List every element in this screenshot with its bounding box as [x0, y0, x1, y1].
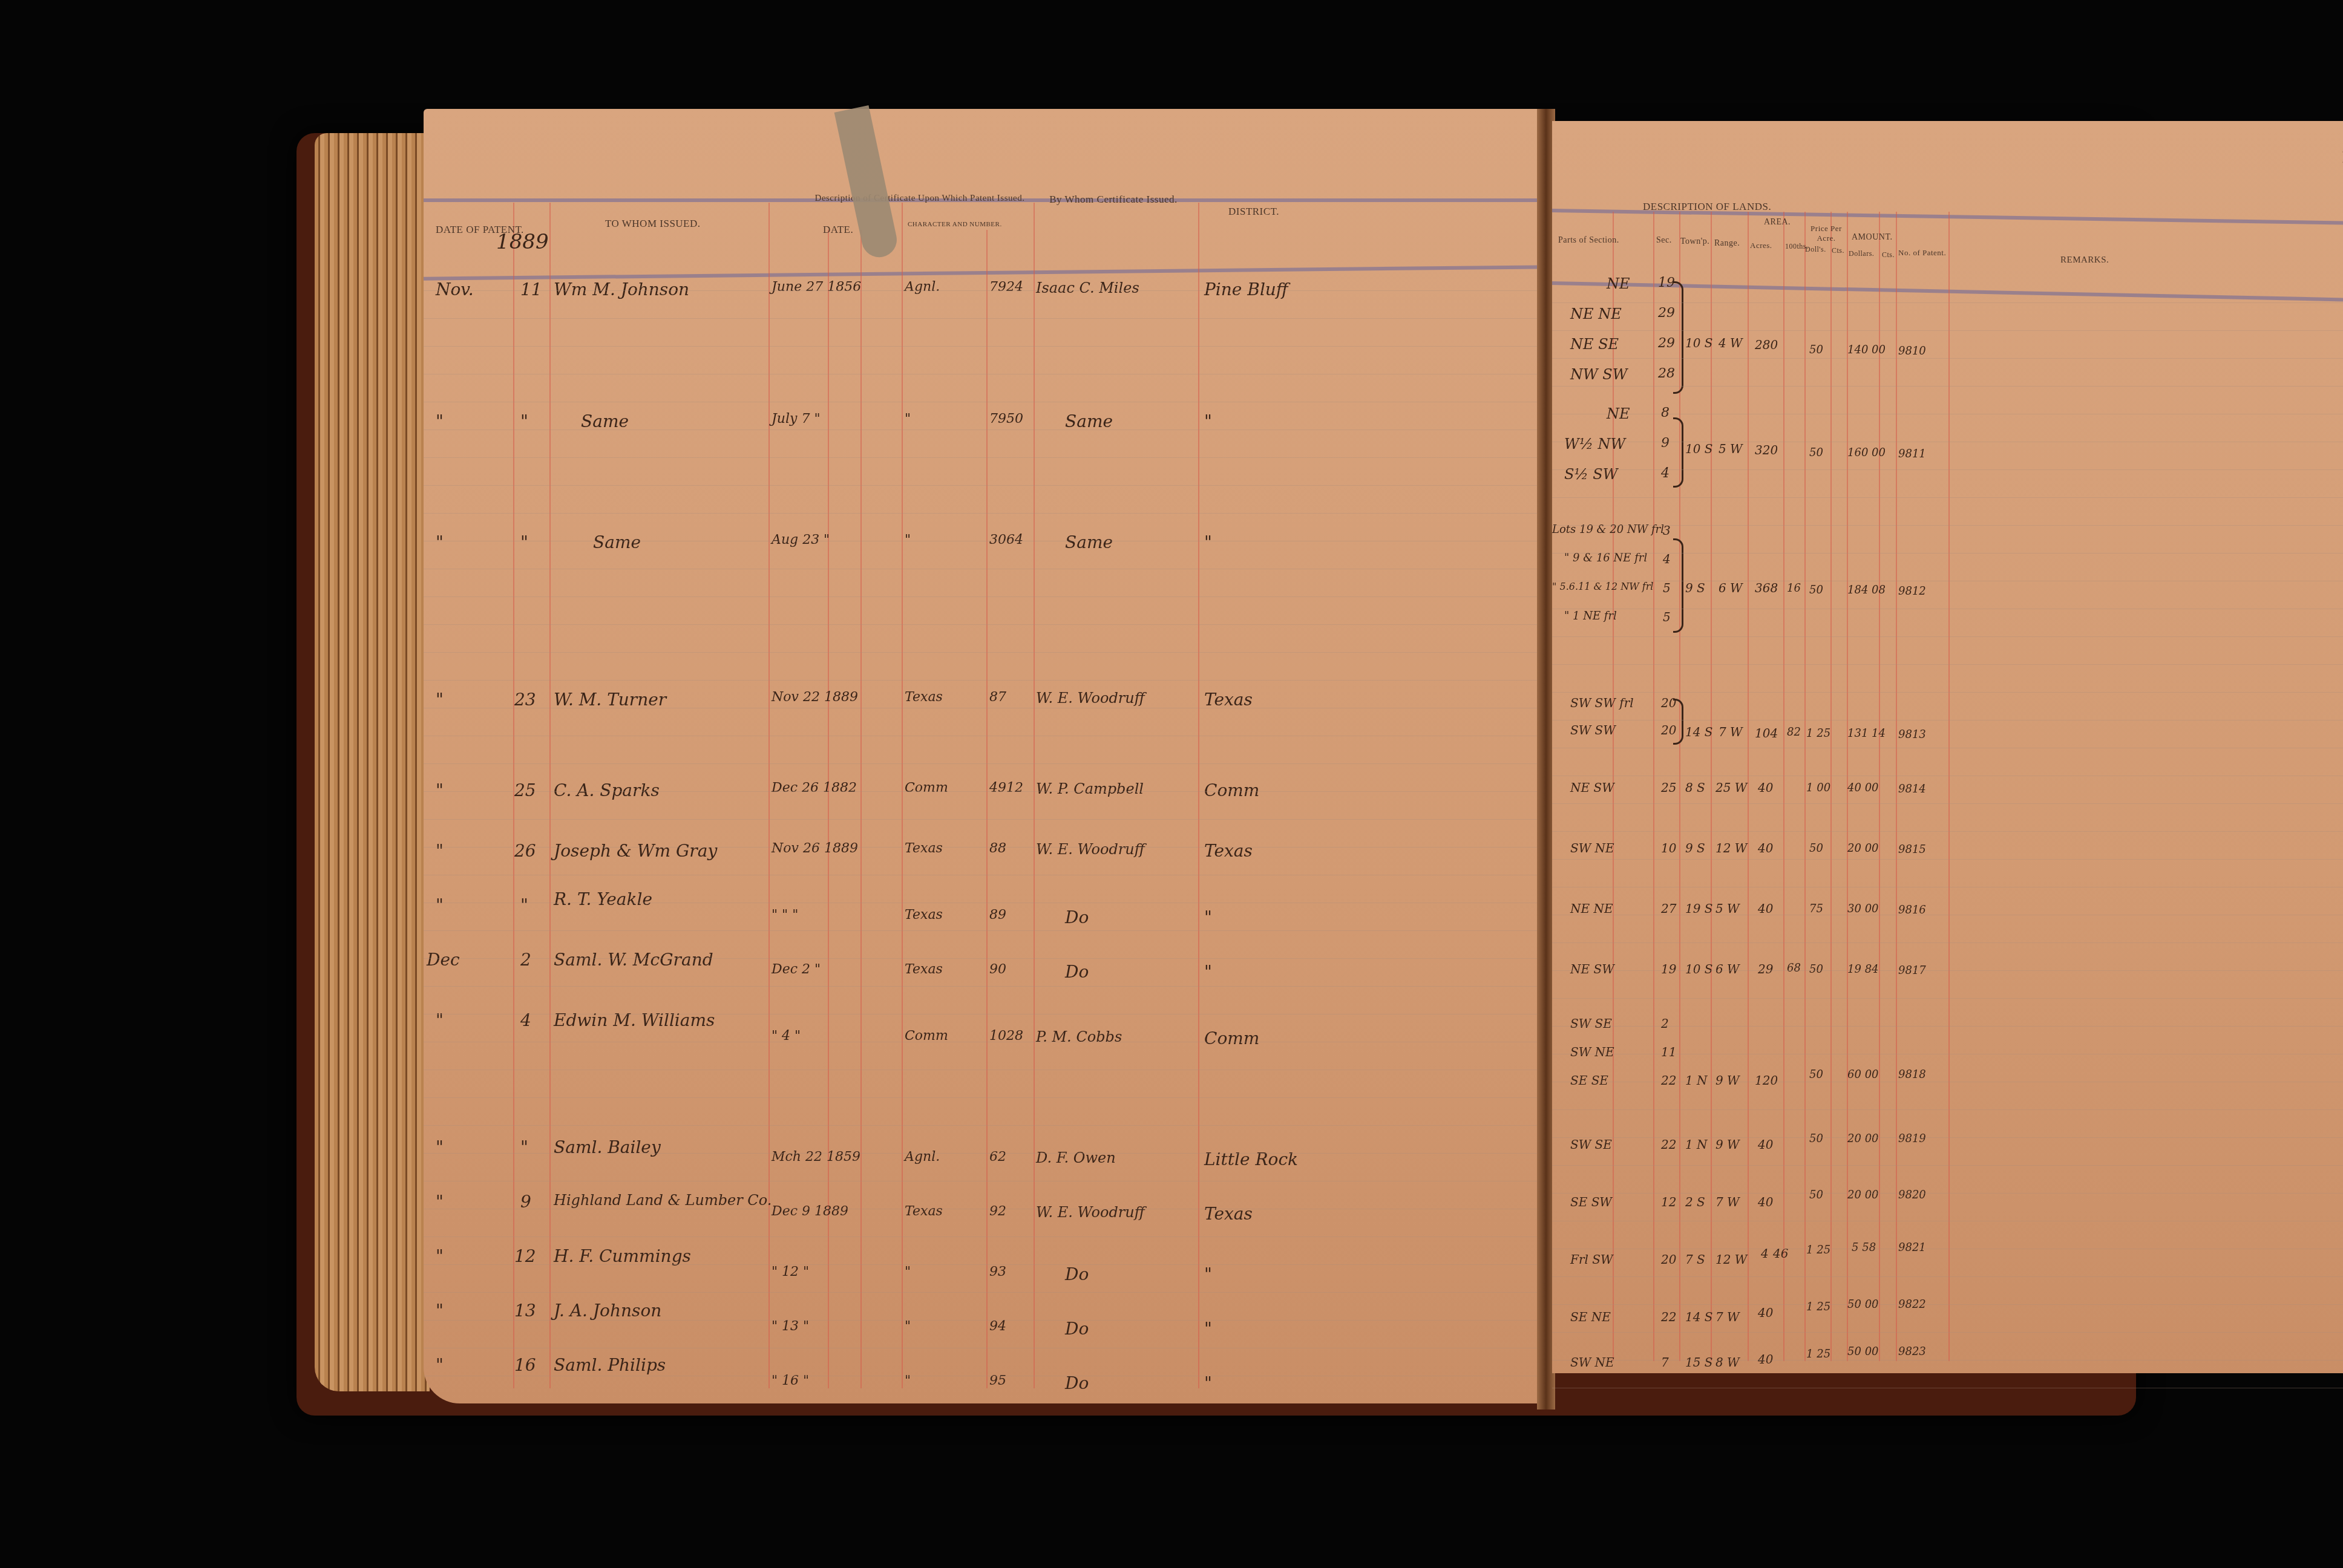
entry-month: " — [436, 1246, 444, 1266]
entry-by-whom: Same — [1065, 532, 1113, 552]
land-sec: 10 — [1661, 841, 1676, 855]
entry-day: 13 — [514, 1301, 536, 1321]
entry-month: " — [436, 895, 444, 915]
ruled-line — [424, 1292, 1543, 1293]
entry-by-whom: Do — [1065, 1319, 1089, 1339]
land-amount: 184 08 — [1847, 584, 1886, 596]
land-part: SW SE — [1570, 1137, 1612, 1152]
ruled-line — [1552, 553, 2343, 554]
land-part: NE SW — [1570, 780, 1614, 795]
land-part: SW NE — [1570, 841, 1614, 855]
entry-name: W. M. Turner — [554, 690, 666, 710]
land-township: 7 S — [1685, 1252, 1705, 1267]
ruled-line — [1552, 1332, 2343, 1333]
entry-by-whom: P. M. Cobbs — [1036, 1028, 1122, 1045]
entry-character: Texas — [905, 690, 943, 705]
ruled-line — [1552, 1249, 2343, 1249]
land-part: NE NE — [1570, 901, 1613, 916]
col-rule — [1711, 212, 1712, 1361]
ruled-line — [424, 318, 1543, 319]
header-by-whom: By Whom Certificate Issued. — [1047, 194, 1180, 206]
land-sec: 22 — [1661, 1137, 1676, 1152]
patent-number: 9820 — [1898, 1189, 1926, 1201]
entry-cert-date: " 13 " — [772, 1319, 809, 1334]
ruled-line — [1552, 1360, 2343, 1361]
land-acres: 368 — [1755, 581, 1778, 595]
land-acres: 40 — [1758, 901, 1773, 916]
entry-name: Joseph & Wm Gray — [554, 841, 717, 861]
brace-icon — [1673, 699, 1683, 745]
patent-year: 1889 — [496, 230, 549, 254]
ruled-line — [1552, 970, 2343, 971]
land-part: SW SW frl — [1570, 696, 1634, 710]
brace-icon — [1673, 417, 1683, 488]
ruled-line — [424, 624, 1543, 625]
entry-number: 7924 — [989, 279, 1023, 295]
land-acres: 280 — [1755, 338, 1778, 352]
land-price: 50 — [1809, 842, 1823, 855]
brace-icon — [1673, 281, 1683, 394]
patent-number: 9819 — [1898, 1132, 1926, 1145]
ruled-line — [424, 346, 1543, 347]
patent-number: 9810 — [1898, 345, 1926, 358]
ruled-line — [424, 791, 1543, 792]
ruled-line — [1552, 720, 2343, 720]
entry-district: Comm — [1204, 1028, 1259, 1048]
land-amount: 20 00 — [1847, 1132, 1879, 1145]
ruled-line — [1552, 525, 2343, 526]
land-sec: 5 — [1663, 610, 1671, 624]
ruled-line — [1552, 692, 2343, 693]
land-acres: 104 — [1755, 726, 1778, 740]
entry-by-whom: Isaac C. Miles — [1036, 279, 1139, 296]
patent-number: 9821 — [1898, 1241, 1926, 1254]
entry-number: 93 — [989, 1264, 1006, 1279]
ruled-line — [424, 457, 1543, 458]
land-township: 9 S — [1685, 841, 1705, 855]
header-dollars: Dollars. — [1849, 249, 1874, 258]
land-sec: 7 — [1661, 1355, 1669, 1370]
entry-district: " — [1204, 907, 1212, 927]
entry-district: " — [1204, 411, 1212, 431]
land-amount: 19 84 — [1847, 963, 1879, 976]
ruled-line — [1552, 803, 2343, 804]
land-amount: 60 00 — [1847, 1068, 1879, 1081]
entry-cert-date: Dec 2 " — [772, 962, 821, 977]
land-township: 15 S — [1685, 1355, 1713, 1370]
entry-district: " — [1204, 532, 1212, 552]
entry-month: Nov. — [436, 279, 474, 299]
entry-by-whom: Do — [1065, 1264, 1089, 1284]
entry-name: Saml. W. McGrand — [554, 950, 713, 970]
ruled-line — [1552, 1082, 2343, 1082]
land-price: 1 25 — [1806, 727, 1830, 740]
entry-cert-date: Aug 23 " — [772, 532, 830, 547]
land-amount: 160 00 — [1847, 446, 1886, 459]
entry-district: " — [1204, 1319, 1212, 1339]
patent-number: 9815 — [1898, 843, 1926, 856]
entry-number: 87 — [989, 690, 1006, 705]
ruled-line — [1552, 831, 2343, 832]
land-township: 1 N — [1685, 1073, 1708, 1088]
ruled-line — [424, 680, 1543, 681]
ruled-line — [424, 513, 1543, 514]
land-township: 2 S — [1685, 1195, 1705, 1209]
entry-character: Texas — [905, 907, 943, 923]
land-price: 1 25 — [1806, 1244, 1830, 1256]
land-amount: 20 00 — [1847, 1189, 1879, 1201]
ruled-line — [424, 374, 1543, 374]
land-price: 50 — [1809, 1189, 1823, 1201]
land-part: SE SW — [1570, 1195, 1612, 1209]
col-rule — [1830, 212, 1832, 1361]
land-sec: 8 — [1661, 405, 1670, 420]
col-rule — [1653, 212, 1654, 1361]
entry-character: Texas — [905, 962, 943, 977]
patent-number: 9823 — [1898, 1345, 1926, 1358]
header-township: Town'p. — [1680, 237, 1709, 247]
ruled-line — [424, 402, 1543, 402]
entry-district: Texas — [1204, 841, 1253, 861]
land-township: 10 S — [1685, 442, 1713, 456]
land-part: W½ NW — [1564, 436, 1625, 452]
ruled-line — [424, 1014, 1543, 1014]
entry-by-whom: Do — [1065, 962, 1089, 982]
ruled-line — [424, 958, 1543, 959]
land-part: NE — [1607, 275, 1630, 292]
ruled-line — [424, 930, 1543, 931]
entry-cert-date: Dec 26 1882 — [772, 780, 857, 795]
entry-day: 23 — [514, 690, 536, 710]
header-no-of-patent: No. of Patent. — [1898, 248, 1946, 258]
ruled-line — [1552, 748, 2343, 748]
header-amount-cts: Cts. — [1882, 250, 1895, 260]
entry-day: 25 — [514, 780, 536, 800]
entry-district: Comm — [1204, 780, 1259, 800]
land-township: 1 N — [1685, 1137, 1708, 1152]
ruled-line — [1552, 442, 2343, 442]
patent-number: 9811 — [1898, 448, 1926, 460]
entry-name: Highland Land & Lumber Co. — [554, 1192, 772, 1209]
land-acres: 40 — [1758, 841, 1773, 855]
land-range: 7 W — [1715, 1310, 1740, 1324]
entry-cert-date: Nov 22 1889 — [772, 690, 858, 705]
col-rule — [1879, 212, 1880, 1361]
entry-name: Wm M. Johnson — [554, 279, 689, 299]
entry-month: " — [436, 690, 444, 710]
entry-number: 7950 — [989, 411, 1023, 426]
land-price: 1 25 — [1806, 1301, 1830, 1313]
land-amount: 30 00 — [1847, 903, 1879, 915]
entry-character: " — [905, 1264, 911, 1279]
entry-character: Agnl. — [905, 1149, 940, 1165]
ruled-line — [1552, 664, 2343, 665]
header-price-cts: Cts. — [1832, 246, 1844, 255]
entry-number: 62 — [989, 1149, 1006, 1165]
entry-by-whom: D. F. Owen — [1036, 1149, 1116, 1166]
entry-number: 94 — [989, 1319, 1006, 1334]
ruled-line — [1552, 1193, 2343, 1194]
land-part: SW NE — [1570, 1045, 1614, 1059]
ruled-line — [1552, 942, 2343, 943]
entry-character: " — [905, 411, 911, 426]
land-part: Frl SW — [1570, 1252, 1613, 1267]
ruled-line — [1552, 302, 2343, 303]
land-sec: 9 — [1661, 436, 1670, 451]
ruled-line — [424, 819, 1543, 820]
col-rule — [1896, 212, 1897, 1361]
header-character-number: CHARACTER AND NUMBER. — [908, 221, 1002, 228]
land-township: 14 S — [1685, 1310, 1713, 1324]
entry-character: " — [905, 532, 911, 547]
land-part: SW SW — [1570, 723, 1616, 737]
land-price: 50 — [1809, 963, 1823, 976]
land-range: 6 W — [1719, 581, 1743, 595]
entry-day: " — [520, 1137, 528, 1157]
entry-name: C. A. Sparks — [554, 780, 660, 800]
entry-name: Saml. Bailey — [554, 1137, 661, 1157]
ruled-line — [424, 1348, 1543, 1348]
header-bottom-rule — [424, 265, 1543, 280]
entry-number: 90 — [989, 962, 1006, 977]
land-price: 50 — [1809, 344, 1823, 356]
land-range: 5 W — [1715, 901, 1740, 916]
ruled-line — [1552, 609, 2343, 609]
ruled-line — [1552, 998, 2343, 999]
left-page[interactable]: DATE OF PATENT. TO WHOM ISSUED. Descript… — [424, 109, 1543, 1403]
land-acres: 120 — [1755, 1073, 1778, 1088]
land-sec: 4 — [1663, 552, 1671, 566]
land-part: SE SE — [1570, 1073, 1608, 1088]
col-rule — [1804, 212, 1806, 1361]
col-rule — [902, 203, 903, 1388]
entry-character: Texas — [905, 1204, 943, 1219]
land-sec: 19 — [1658, 275, 1675, 290]
entry-day: " — [520, 532, 528, 552]
ruled-line — [424, 1236, 1543, 1237]
entry-month: " — [436, 1355, 444, 1375]
land-sec: 12 — [1661, 1195, 1676, 1209]
land-price: 50 — [1809, 1132, 1823, 1145]
header-district: DISTRICT. — [1228, 206, 1279, 218]
col-rule — [860, 230, 862, 1388]
land-amount: 140 00 — [1847, 344, 1886, 356]
col-rule — [1948, 212, 1950, 1361]
ruled-line — [424, 736, 1543, 736]
entry-district: Pine Bluff — [1204, 279, 1288, 299]
entry-number: 88 — [989, 841, 1006, 856]
col-rule — [549, 203, 551, 1388]
ruled-line — [424, 596, 1543, 597]
ruled-line — [424, 485, 1543, 486]
ruled-line — [1552, 414, 2343, 414]
entry-name: Same — [593, 532, 641, 552]
entry-by-whom: W. E. Woodruff — [1036, 1204, 1145, 1221]
land-part: SW SE — [1570, 1016, 1612, 1031]
entry-district: " — [1204, 1264, 1212, 1284]
patent-number: 9812 — [1898, 585, 1926, 598]
ruled-line — [1552, 915, 2343, 915]
entry-by-whom: W. E. Woodruff — [1036, 841, 1145, 858]
land-sec: 4 — [1661, 466, 1670, 481]
ruled-line — [1552, 1388, 2343, 1388]
entry-cert-date: July 7 " — [772, 411, 821, 426]
header-price-per-acre: Price Per Acre. — [1805, 224, 1847, 243]
ruled-line — [424, 652, 1543, 653]
land-acres: 320 — [1755, 443, 1778, 457]
patent-number: 9814 — [1898, 783, 1926, 795]
patent-number: 9818 — [1898, 1068, 1926, 1081]
land-amount: 40 00 — [1847, 782, 1879, 794]
entry-cert-date: June 27 1856 — [772, 279, 861, 295]
entry-day: 16 — [514, 1355, 536, 1375]
header-certificate-description: Description of Certificate Upon Which Pa… — [762, 194, 1077, 204]
entry-day: " — [520, 411, 528, 431]
entry-number: 89 — [989, 907, 1006, 923]
col-rule — [1748, 212, 1749, 1361]
ruled-line — [1552, 1054, 2343, 1054]
ruled-line — [424, 1209, 1543, 1209]
entry-number: 92 — [989, 1204, 1006, 1219]
ruled-line — [424, 1070, 1543, 1070]
entry-name: Saml. Philips — [554, 1355, 666, 1375]
entry-name: Same — [581, 411, 629, 431]
land-sec: 29 — [1658, 336, 1675, 351]
land-sec: 25 — [1661, 780, 1676, 795]
land-part: " 5.6.11 & 12 NW frl — [1552, 581, 1653, 592]
land-sec: 28 — [1658, 366, 1675, 381]
land-price: 50 — [1809, 584, 1823, 596]
land-price: 50 — [1809, 1068, 1823, 1081]
land-amount: 131 14 — [1847, 727, 1886, 740]
land-sec: 27 — [1661, 901, 1676, 916]
left-page-edges — [315, 133, 430, 1391]
land-sec: 2 — [1661, 1016, 1669, 1031]
entry-name: J. A. Johnson — [554, 1301, 661, 1321]
land-range: 7 W — [1719, 725, 1743, 739]
ruled-line — [1552, 887, 2343, 887]
header-to-whom-issued: TO WHOM ISSUED. — [605, 218, 701, 230]
entry-number: 3064 — [989, 532, 1023, 547]
entry-month: " — [436, 1010, 444, 1030]
ruled-line — [1552, 1276, 2343, 1277]
header-cert-date: DATE. — [823, 224, 853, 236]
land-acres: 40 — [1758, 780, 1773, 795]
entry-cert-date: Nov 26 1889 — [772, 841, 858, 856]
entry-day: 2 — [520, 950, 531, 970]
land-hundredths: 16 — [1787, 582, 1801, 595]
land-acres: 40 — [1758, 1195, 1773, 1209]
patent-number: 9813 — [1898, 728, 1926, 741]
header-amount: AMOUNT. — [1852, 233, 1892, 243]
entry-character: Agnl. — [905, 279, 940, 295]
land-sec: 19 — [1661, 962, 1676, 976]
ruled-line — [424, 763, 1543, 764]
ruled-line — [424, 847, 1543, 848]
land-part: NE NE — [1570, 305, 1622, 322]
ruled-line — [424, 903, 1543, 903]
ruled-line — [1552, 1137, 2343, 1138]
entry-cert-date: " 12 " — [772, 1264, 809, 1279]
entry-month: Dec — [427, 950, 460, 970]
header-sec: Sec. — [1656, 236, 1672, 246]
col-rule — [1198, 203, 1199, 1388]
land-sec: 20 — [1661, 1252, 1676, 1267]
entry-day: " — [520, 895, 528, 915]
entry-day: 4 — [520, 1010, 531, 1030]
ruled-line — [424, 1376, 1543, 1376]
entry-month: " — [436, 780, 444, 800]
entry-by-whom: W. E. Woodruff — [1036, 690, 1145, 707]
land-acres: 40 — [1758, 1352, 1773, 1367]
land-price: 1 25 — [1806, 1348, 1830, 1361]
ruled-line — [1552, 497, 2343, 498]
entry-day: 12 — [514, 1246, 536, 1266]
entry-month: " — [436, 532, 444, 552]
entry-character: Texas — [905, 841, 943, 856]
ruled-line — [424, 1097, 1543, 1098]
land-acres: 29 — [1758, 962, 1773, 976]
entry-cert-date: Dec 9 1889 — [772, 1204, 848, 1219]
ruled-line — [1552, 330, 2343, 331]
header-dolls: Doll's. — [1805, 245, 1826, 254]
land-amount: 5 58 — [1852, 1241, 1876, 1254]
land-sec: 22 — [1661, 1073, 1676, 1088]
land-township: 10 S — [1685, 962, 1713, 976]
land-range: 4 W — [1719, 336, 1743, 350]
header-description-of-lands: DESCRIPTION OF LANDS. — [1643, 201, 1771, 213]
header-acres: Acres. — [1750, 241, 1772, 250]
land-range: 9 W — [1715, 1073, 1740, 1088]
land-amount: 20 00 — [1847, 842, 1879, 855]
entry-district: " — [1204, 962, 1212, 982]
entry-by-whom: Do — [1065, 907, 1089, 927]
land-township: 14 S — [1685, 725, 1713, 739]
ruled-line — [424, 430, 1543, 430]
land-part: NW SW — [1570, 366, 1627, 383]
ruled-line — [424, 708, 1543, 708]
ruled-line — [424, 1042, 1543, 1042]
entry-character: " — [905, 1319, 911, 1334]
entry-by-whom: W. P. Campbell — [1036, 780, 1144, 797]
header-area: AREA. — [1764, 218, 1791, 227]
land-part: NE SE — [1570, 336, 1619, 353]
entry-number: 4912 — [989, 780, 1023, 795]
entry-month: " — [436, 411, 444, 431]
ruled-line — [1552, 776, 2343, 776]
entry-name: Edwin M. Williams — [554, 1010, 715, 1030]
entry-district: Texas — [1204, 690, 1253, 710]
ruled-line — [1552, 636, 2343, 637]
ruled-line — [1552, 469, 2343, 470]
entry-cert-date: " " " — [772, 907, 798, 923]
land-part: " 1 NE frl — [1564, 610, 1617, 622]
entry-district: Little Rock — [1204, 1149, 1298, 1169]
entry-day: 26 — [514, 841, 536, 861]
entry-cert-date: Mch 22 1859 — [772, 1149, 860, 1165]
land-township: 9 S — [1685, 581, 1705, 595]
entry-name: H. F. Cummings — [554, 1246, 691, 1266]
land-sec: 5 — [1663, 581, 1671, 595]
ruled-line — [424, 1320, 1543, 1321]
land-price: 1 00 — [1806, 782, 1830, 794]
col-rule — [986, 230, 988, 1388]
entry-name: R. T. Yeakle — [554, 889, 652, 909]
ruled-line — [1552, 1109, 2343, 1110]
land-part: SE NE — [1570, 1310, 1611, 1324]
right-page[interactable]: 160 DESCRIPTION OF LANDS. Parts of Secti… — [1552, 121, 2343, 1373]
ruled-line — [1552, 1026, 2343, 1027]
